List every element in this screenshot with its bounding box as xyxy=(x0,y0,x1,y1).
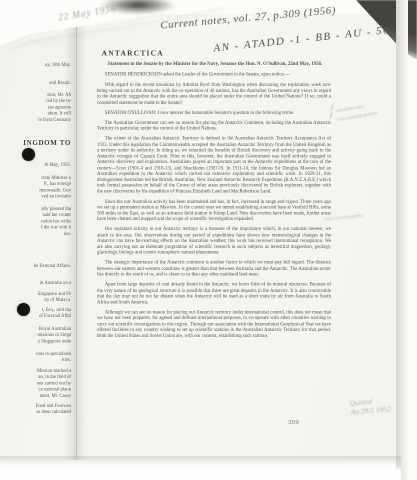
body-paragraph: The extent of the Australian Antarctic T… xyxy=(97,137,331,196)
left-page-fragment: Mission marked a an, in the field of een… xyxy=(0,368,71,399)
scanned-document-page: 22 May 1956 Current notes, vol. 27, p.30… xyxy=(0,0,417,480)
document-title: ANTARCTICA xyxy=(102,50,331,58)
left-page-fragment: ions in specialised ities. xyxy=(0,351,71,364)
body-paragraph: Since the war Australian activity has be… xyxy=(97,200,331,223)
left-page-fragment: ston, Mr. Ah led by the tw ese agreeme a… xyxy=(0,92,71,123)
body-paragraph: Although we can see no reason for placin… xyxy=(97,310,331,339)
left-page-fragment: eral Result. xyxy=(0,80,71,86)
left-page-fragment: he External Affairs. xyxy=(0,263,71,269)
document-subtitle: Statement to the Senate by the Minister … xyxy=(108,61,328,67)
left-page-fragment: th May, 1956. xyxy=(0,162,71,168)
page-right-edge xyxy=(396,0,408,480)
body-paragraph: The Australian Government can see no rea… xyxy=(97,121,331,133)
hole-punch xyxy=(22,148,35,161)
left-page-fragment: atly pleased tha said her countr ration … xyxy=(0,206,71,237)
question-intro: SENATOR HENDRICKSON asked the Leader of … xyxy=(97,73,331,79)
left-page-fragment: Singapore and Fe ity of Malaya. xyxy=(0,291,71,304)
page-number: 309 xyxy=(288,419,299,426)
body-paragraph: Apart from large deposits of coal alread… xyxy=(97,283,331,306)
document-body: ANTARCTICA Statement to the Senate by th… xyxy=(97,50,331,344)
left-page-fragment: Royal Australian missions in Singa e Sin… xyxy=(0,326,71,345)
page-fold-line xyxy=(76,18,77,458)
left-page-fragment: in Australia on a xyxy=(0,280,71,286)
question-text: With regard to the recent broadcast by A… xyxy=(97,83,331,106)
left-page-fragment: ay, 18th May. xyxy=(0,62,71,68)
answer-intro: SENATOR O'SULLIVAN: I now answer the hon… xyxy=(97,111,331,117)
left-page-fragment: t, Esq., said tha of External Affai xyxy=(0,307,71,320)
body-paragraph: Our sustained activity in our Antarctic … xyxy=(97,227,331,256)
left-page-heading-fragment: INGDOM TO xyxy=(0,139,71,148)
page-bottom-edge xyxy=(0,456,401,480)
body-paragraph: The strategic importance of the Antarcti… xyxy=(97,261,331,279)
left-page-fragment: Food and Footwea as been calculated xyxy=(0,403,71,416)
handwritten-bottom-note: Quoted An 28/2 1952 xyxy=(349,395,391,416)
left-page-fragment: rime Minister o P., has emerge monwealth… xyxy=(0,175,71,200)
